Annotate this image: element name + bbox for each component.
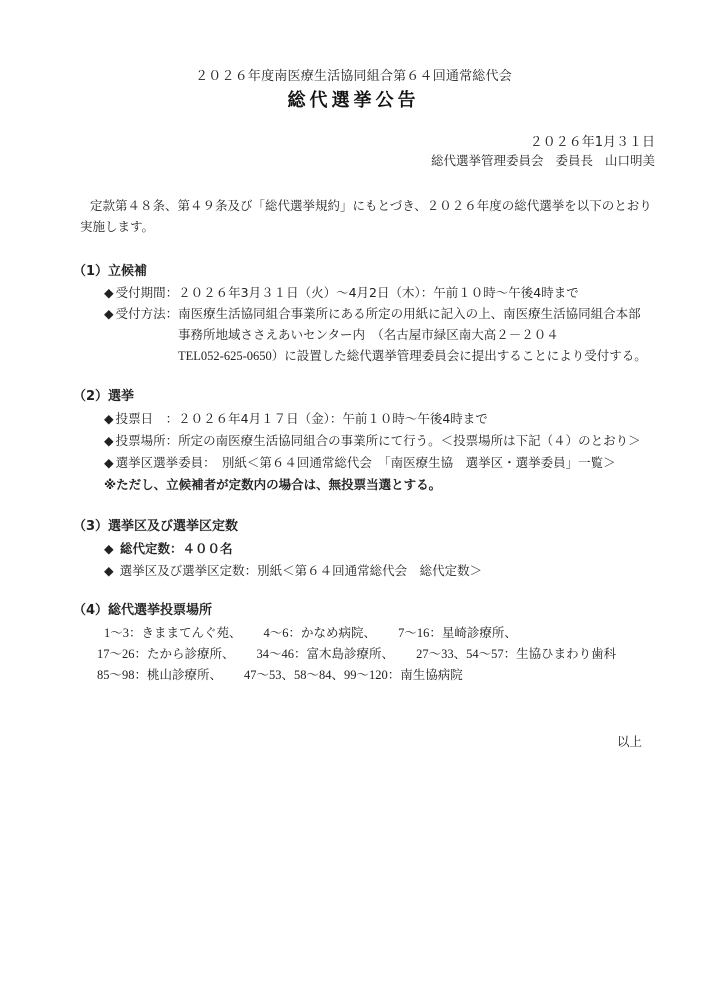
item-text: 所定の南医療生活協同組合の事業所にて行う。＜投票場所は下記（４）のとおり＞	[178, 433, 641, 448]
diamond-bullet-icon: ◆	[104, 543, 114, 556]
diamond-bullet-icon: ◆	[104, 413, 114, 426]
voting-day-item: ◆投票日 ：２０２６年4月１７日（金）：午前１０時～午後4時まで	[104, 413, 488, 426]
candidacy-period-item: ◆受付期間：２０２６年3月３１日（火）～4月2日（木）：午前１０時～午後4時まで	[104, 287, 579, 300]
candidacy-method-continuation-1: 事務所地域ささえあいセンター内 （名古屋市緑区南大高２－２０４	[178, 329, 559, 342]
delegate-quota-item: ◆ 総代定数：４００名	[104, 543, 233, 556]
announcement-date: ２０２６年1月３１日	[530, 136, 655, 149]
intro-line-1: 定款第４８条、第４９条及び「総代選挙規約」にもとづき、２０２６年度の総代選挙を以…	[90, 200, 652, 213]
item-text: ２０２６年4月１７日（金）：午前１０時～午後4時まで	[178, 411, 488, 426]
issuer-role: 委員長	[555, 153, 593, 168]
section-heading-polling-places: （4）総代選挙投票場所	[73, 604, 212, 617]
item-label: 総代定数：	[120, 541, 183, 556]
district-quota-item: ◆ 選挙区及び選挙区定数：別紙＜第６４回通常総代会 総代定数＞	[104, 565, 482, 578]
polling-place-row: 1～3：きままてんぐ苑、4～6：かなめ病院、7～16：星崎診療所、	[104, 627, 539, 640]
polling-place-row: 85～98：桃山診療所、47～53、58～84、99～120：南生協病院	[97, 669, 485, 682]
item-text: ４００名	[183, 541, 233, 556]
item-label: 選挙区選挙委員：	[116, 455, 210, 470]
polling-place: 27～33、54～57：生協ひまわり歯科	[416, 647, 616, 661]
polling-place: 34～46：富木島診療所、	[257, 647, 395, 661]
polling-place-row: 17～26：たから診療所、34～46：富木島診療所、27～33、54～57：生協…	[97, 648, 638, 661]
polling-place: 17～26：たから診療所、	[97, 647, 235, 661]
item-label: 選挙区及び選挙区定数：	[120, 563, 258, 578]
issuer-committee: 総代選挙管理委員会	[431, 153, 544, 168]
polling-place: 7～16：星崎診療所、	[398, 626, 517, 640]
diamond-bullet-icon: ◆	[104, 457, 114, 470]
item-label: 投票日 ：	[116, 411, 179, 426]
intro-line-2: 実施します。	[80, 221, 154, 234]
issuer-name: 山口明美	[605, 153, 655, 168]
item-text: ２０２６年3月３１日（火）～4月2日（木）：午前１０時～午後4時まで	[178, 285, 579, 300]
section-heading-election: （2）選挙	[73, 390, 134, 403]
section-heading-candidacy: （1）立候補	[73, 265, 147, 278]
document-subtitle: ２０２６年度南医療生活協同組合第６４回通常総代会	[0, 70, 707, 83]
polling-place: 47～53、58～84、99～120：南生協病院	[244, 668, 463, 682]
diamond-bullet-icon: ◆	[104, 308, 114, 321]
polling-place: 1～3：きままてんぐ苑、	[104, 626, 242, 640]
voting-place-item: ◆投票場所：所定の南医療生活協同組合の事業所にて行う。＜投票場所は下記（４）のと…	[104, 435, 641, 448]
candidacy-method-continuation-2: TEL052-625-0650）に設置した総代選挙管理委員会に提出することにより…	[178, 350, 647, 363]
section-heading-districts: （3）選挙区及び選挙区定数	[73, 520, 238, 533]
item-label: 投票場所：	[116, 433, 179, 448]
candidacy-method-item: ◆受付方法：南医療生活協同組合事業所にある所定の用紙に記入の上、南医療生活協同組…	[104, 308, 641, 321]
document-title: 総代選挙公告	[0, 92, 707, 110]
district-committee-item: ◆選挙区選挙委員： 別紙＜第６４回通常総代会 「南医療生協 選挙区・選挙委員」一…	[104, 457, 616, 470]
item-text: 南医療生活協同組合事業所にある所定の用紙に記入の上、南医療生活協同組合本部	[178, 306, 641, 321]
uncontested-note: ※ただし、立候補者が定数内の場合は、無投票当選とする。	[104, 479, 441, 492]
item-text: 別紙＜第６４回通常総代会 「南医療生協 選挙区・選挙委員」一覧＞	[209, 455, 615, 470]
diamond-bullet-icon: ◆	[104, 287, 114, 300]
diamond-bullet-icon: ◆	[104, 435, 114, 448]
issuer: 総代選挙管理委員会委員長山口明美	[431, 155, 655, 168]
item-text: 別紙＜第６４回通常総代会 総代定数＞	[257, 563, 482, 578]
diamond-bullet-icon: ◆	[104, 565, 114, 578]
polling-place: 4～6：かなめ病院、	[264, 626, 377, 640]
polling-place: 85～98：桃山診療所、	[97, 668, 222, 682]
item-label: 受付方法：	[116, 306, 179, 321]
end-mark: 以上	[617, 736, 642, 749]
item-label: 受付期間：	[116, 285, 179, 300]
